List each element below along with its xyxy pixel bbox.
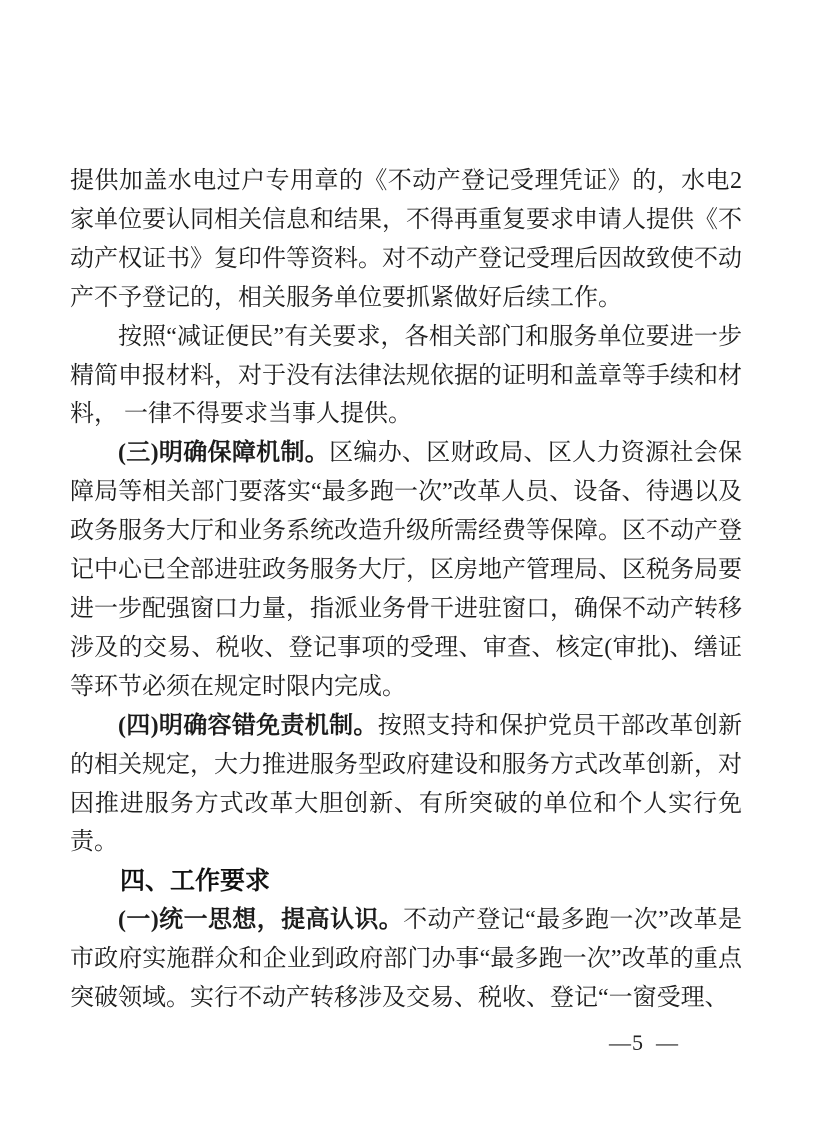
document-page: 提供加盖水电过户专用章的《不动产登记受理凭证》的，水电2家单位要认同相关信息和结… bbox=[0, 0, 814, 1136]
paragraph-reduce-certificates: 按照“减证便民”有关要求，各相关部门和服务单位要进一步精简申报材料，对于没有法律… bbox=[70, 318, 742, 435]
paragraph-utility-transfer: 提供加盖水电过户专用章的《不动产登记受理凭证》的，水电2家单位要认同相关信息和结… bbox=[70, 162, 742, 318]
page-number-value: 5 bbox=[632, 1030, 643, 1055]
paragraph-text: 按照“减证便民”有关要求，各相关部门和服务单位要进一步精简申报材料，对于没有法律… bbox=[70, 324, 742, 428]
paragraph-guarantee-mechanism: (三)明确保障机制。区编办、区财政局、区人力资源社会保障局等相关部门要落实“最多… bbox=[70, 434, 742, 706]
page-number-dash-left: — bbox=[609, 1030, 631, 1055]
paragraph-unify-thinking: (一)统一思想，提高认识。不动产登记“最多跑一次”改革是市政府实施群众和企业到政… bbox=[70, 901, 742, 1018]
page-number: —5— bbox=[609, 1030, 678, 1056]
paragraph-lead: (三)明确保障机制。 bbox=[118, 440, 329, 466]
section-heading-work-requirements: 四、工作要求 bbox=[70, 862, 742, 901]
paragraph-fault-tolerance-mechanism: (四)明确容错免责机制。按照支持和保护党员干部改革创新的相关规定，大力推进服务型… bbox=[70, 707, 742, 863]
paragraph-text: 提供加盖水电过户专用章的《不动产登记受理凭证》的，水电2家单位要认同相关信息和结… bbox=[70, 168, 742, 311]
paragraph-lead: (四)明确容错免责机制。 bbox=[118, 713, 378, 739]
document-body: 提供加盖水电过户专用章的《不动产登记受理凭证》的，水电2家单位要认同相关信息和结… bbox=[70, 162, 742, 1018]
page-number-dash-right: — bbox=[656, 1030, 678, 1055]
paragraph-lead: (一)统一思想，提高认识。 bbox=[118, 907, 403, 933]
paragraph-text: 区编办、区财政局、区人力资源社会保障局等相关部门要落实“最多跑一次”改革人员、设… bbox=[70, 440, 742, 699]
